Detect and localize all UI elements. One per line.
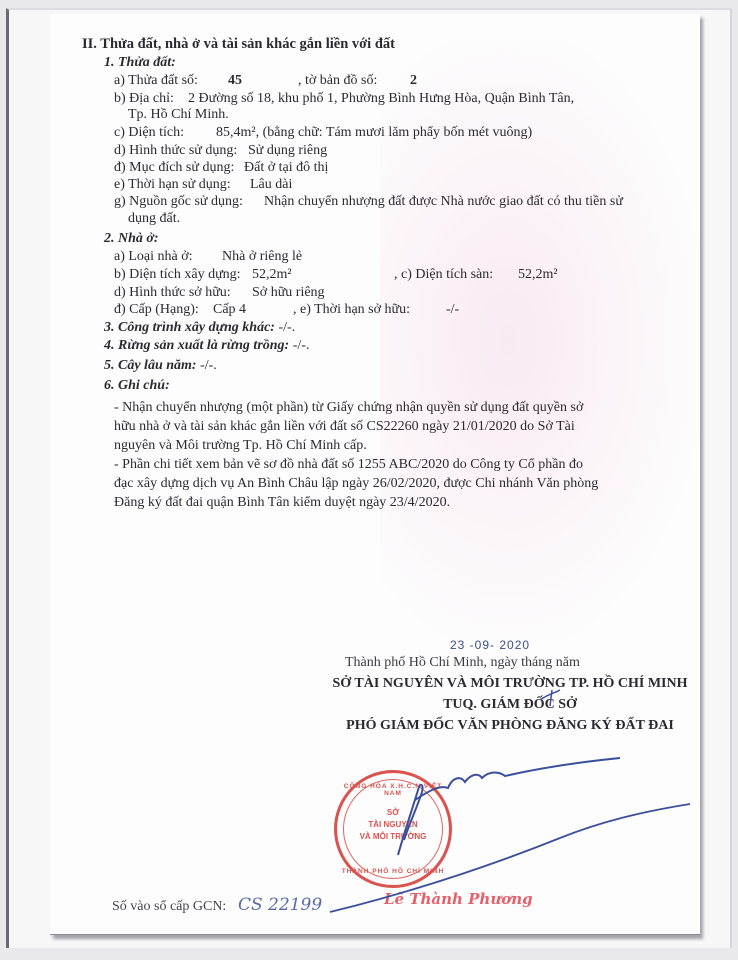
seal-line: VÀ MÔI TRƯỜNG — [351, 831, 435, 843]
use-form-value: Sử dụng riêng — [248, 142, 327, 160]
house-type-value: Nhà ở riêng lẻ — [222, 248, 302, 266]
map-sheet-value: 2 — [410, 72, 417, 90]
note-line: - Phần chi tiết xem bản vẽ sơ đồ nhà đất… — [114, 456, 583, 474]
origin-label: g) Nguồn gốc sử dụng: — [114, 193, 243, 211]
place-date: Thành phố Hồ Chí Minh, ngày tháng năm — [345, 655, 580, 671]
other-item-value: -/-. — [278, 320, 295, 335]
other-item-value: -/-. — [293, 338, 310, 353]
area-label: c) Diện tích: — [114, 124, 184, 142]
on-behalf-of: TUQ. GIÁM ĐỐC SỞ — [300, 697, 720, 713]
notes-heading: 6. Ghi chú: — [104, 377, 170, 395]
seal-line: TÀI NGUYÊN — [351, 819, 435, 831]
term-label: e) Thời hạn sử dụng: — [114, 176, 231, 194]
registry-handwritten-number: CS 22199 — [238, 895, 322, 915]
signer-position: PHÓ GIÁM ĐỐC VĂN PHÒNG ĐĂNG KÝ ĐẤT ĐAI — [300, 718, 720, 734]
registry-label: Số vào sổ cấp GCN: — [112, 899, 226, 915]
other-item-label: 3. Công trình xây dựng khác: — [104, 320, 275, 335]
address-value-line1: 2 Đường số 18, khu phố 1, Phường Bình Hư… — [188, 90, 574, 108]
other-item-label: 5. Cây lâu năm: — [104, 358, 197, 373]
term-value: Lâu dài — [250, 176, 292, 194]
parcel-label: a) Thửa đất số: — [114, 72, 198, 90]
other-item-perennial: 5. Cây lâu năm: -/-. — [104, 357, 217, 375]
note-line: hữu nhà ở và tài sản khác gắn liền với đ… — [114, 418, 575, 436]
area-value: 85,4m², (bằng chữ: Tám mươi lăm phẩy bốn… — [216, 124, 532, 142]
official-seal: CỘNG HÒA X.H.C.N VIỆT NAM SỞ TÀI NGUYÊN … — [334, 770, 452, 888]
land-heading: 1. Thửa đất: — [104, 54, 176, 72]
other-item-label: 4. Rừng sản xuất là rừng trồng: — [104, 338, 289, 353]
other-item-value: -/-. — [200, 358, 217, 373]
other-item-forest: 4. Rừng sản xuất là rừng trồng: -/-. — [104, 337, 309, 355]
ownership-value: Sở hữu riêng — [252, 284, 325, 302]
seal-ring-top: CỘNG HÒA X.H.C.N VIỆT NAM — [337, 783, 449, 797]
note-line: Đăng ký đất đai quận Bình Tân kiểm duyệt… — [114, 494, 450, 512]
note-line: đạc xây dựng dịch vụ An Bình Châu lập ng… — [114, 475, 598, 493]
purpose-value: Đất ở tại đô thị — [244, 159, 328, 177]
own-term-label: , e) Thời hạn sở hữu: — [293, 301, 410, 319]
floor-area-value: 52,2m² — [518, 266, 558, 284]
house-heading: 2. Nhà ở: — [104, 230, 159, 248]
own-term-value: -/- — [446, 301, 459, 319]
origin-value-line1: Nhận chuyển nhượng đất được Nhà nước gia… — [264, 193, 623, 211]
build-area-label: b) Diện tích xây dựng: — [114, 266, 241, 284]
ownership-label: d) Hình thức sở hữu: — [114, 284, 231, 302]
purpose-label: đ) Mục đích sử dụng: — [114, 159, 234, 177]
seal-center: SỞ TÀI NGUYÊN VÀ MÔI TRƯỜNG — [351, 807, 435, 843]
address-label: b) Địa chỉ: — [114, 90, 174, 108]
origin-value-line2: dụng đất. — [128, 210, 180, 228]
build-area-value: 52,2m² — [252, 266, 292, 284]
house-type-label: a) Loại nhà ở: — [114, 248, 193, 266]
grade-label: đ) Cấp (Hạng): — [114, 301, 199, 319]
seal-line: SỞ — [351, 807, 435, 819]
grade-value: Cấp 4 — [213, 301, 246, 319]
parcel-value: 45 — [228, 72, 242, 90]
issuing-authority: SỞ TÀI NGUYÊN VÀ MÔI TRƯỜNG TP. HỒ CHÍ M… — [300, 676, 720, 692]
floor-area-label: , c) Diện tích sàn: — [394, 266, 493, 284]
seal-ring-bottom: THÀNH PHỐ HỒ CHÍ MINH — [337, 868, 449, 875]
address-value-line2: Tp. Hồ Chí Minh. — [128, 106, 229, 124]
note-line: - Nhận chuyển nhượng (một phần) từ Giấy … — [114, 399, 583, 417]
signer-name: Lê Thành Phương — [384, 890, 533, 908]
map-sheet-label: , tờ bản đồ số: — [298, 72, 377, 90]
section-title: II. Thửa đất, nhà ở và tài sản khác gắn … — [82, 36, 395, 54]
date-stamp: 23 -09- 2020 — [450, 638, 530, 652]
use-form-label: d) Hình thức sử dụng: — [114, 142, 237, 160]
other-item-constructions: 3. Công trình xây dựng khác: -/-. — [104, 319, 295, 337]
note-line: nguyên và Môi trường Tp. Hồ Chí Minh cấp… — [114, 437, 367, 455]
